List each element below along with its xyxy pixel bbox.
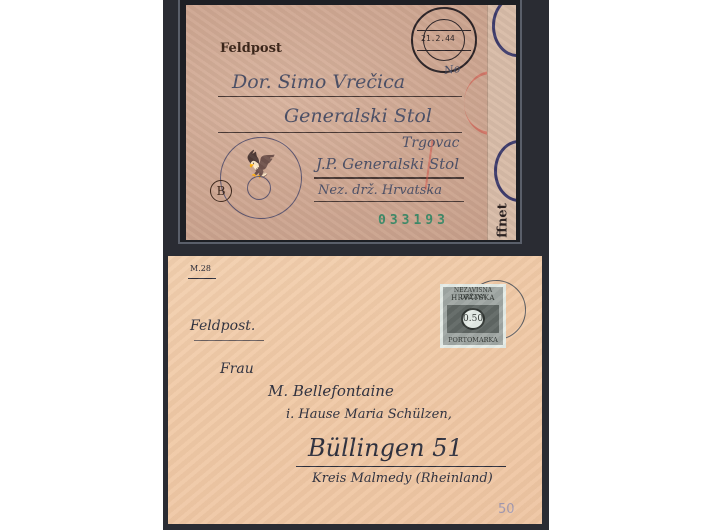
stamp-country-top: NEZAVISNA DRŽAVA <box>443 287 503 301</box>
recipient-district: Kreis Malmedy (Rheinland) <box>312 471 493 486</box>
recipient-care-of: i. Hause Maria Schülzen, <box>286 407 452 422</box>
feldpost-seal: 🦅 <box>220 137 302 219</box>
corner-note: M.28 <box>190 264 211 273</box>
label-underline <box>194 340 264 341</box>
stamp-country: HRVATSKA <box>443 294 503 302</box>
feldpost-printed-label: Feldpost <box>220 41 282 56</box>
censor-tape-text: ffnet <box>496 203 511 237</box>
address-rule <box>218 96 462 97</box>
recipient-name: M. Bellefontaine <box>268 382 394 400</box>
eagle-icon: 🦅 <box>245 152 277 178</box>
postmark-inner-ring <box>423 19 465 61</box>
address-line: Trgovac <box>402 135 460 151</box>
address-rule <box>218 132 462 133</box>
annotation-no: No <box>443 62 461 77</box>
postmark: 21.2.44 <box>411 7 477 73</box>
green-serial-number: 033193 <box>378 213 449 228</box>
censor-tape: ffnet <box>487 5 516 240</box>
postage-due-stamp: NEZAVISNA DRŽAVA HRVATSKA 0.50 PORTOMARK… <box>440 284 506 348</box>
censor-stamp <box>494 140 516 202</box>
feldpost-handwritten-label: Feldpost. <box>190 318 255 334</box>
stamp-type: PORTOMARKA <box>443 336 503 344</box>
bottom-envelope: M.28 Feldpost. Frau M. Bellefontaine i. … <box>168 256 542 524</box>
address-rule <box>314 177 464 179</box>
monogram-icon: B <box>210 180 232 202</box>
address-rule <box>314 201 464 202</box>
address-line: J.P. Generalski Stol <box>316 155 459 173</box>
address-line: Dor. Simo Vrečica <box>232 71 405 93</box>
stamp-pattern: 0.50 <box>447 305 499 333</box>
postmark-date: 21.2.44 <box>421 34 455 43</box>
town-underline <box>296 466 506 467</box>
postmark-bar <box>417 30 471 31</box>
censor-stamp <box>492 5 516 57</box>
top-envelope: Feldpost 21.2.44 No Dor. Simo Vrečica Ge… <box>186 5 516 240</box>
address-line: Generalski Stol <box>284 105 432 127</box>
stamp-cancellation <box>466 280 526 340</box>
salutation: Frau <box>220 361 254 377</box>
wreath-icon <box>247 176 271 200</box>
red-mark <box>425 140 434 190</box>
recipient-town: Büllingen 51 <box>308 434 463 462</box>
red-censor-stamp <box>464 71 516 135</box>
address-line: Nez. drž. Hrvatska <box>318 183 442 198</box>
corner-note-underline <box>188 278 216 279</box>
pencil-price: 50 <box>498 502 515 517</box>
stamp-value: 0.50 <box>461 308 485 330</box>
postmark-bar <box>417 50 471 51</box>
